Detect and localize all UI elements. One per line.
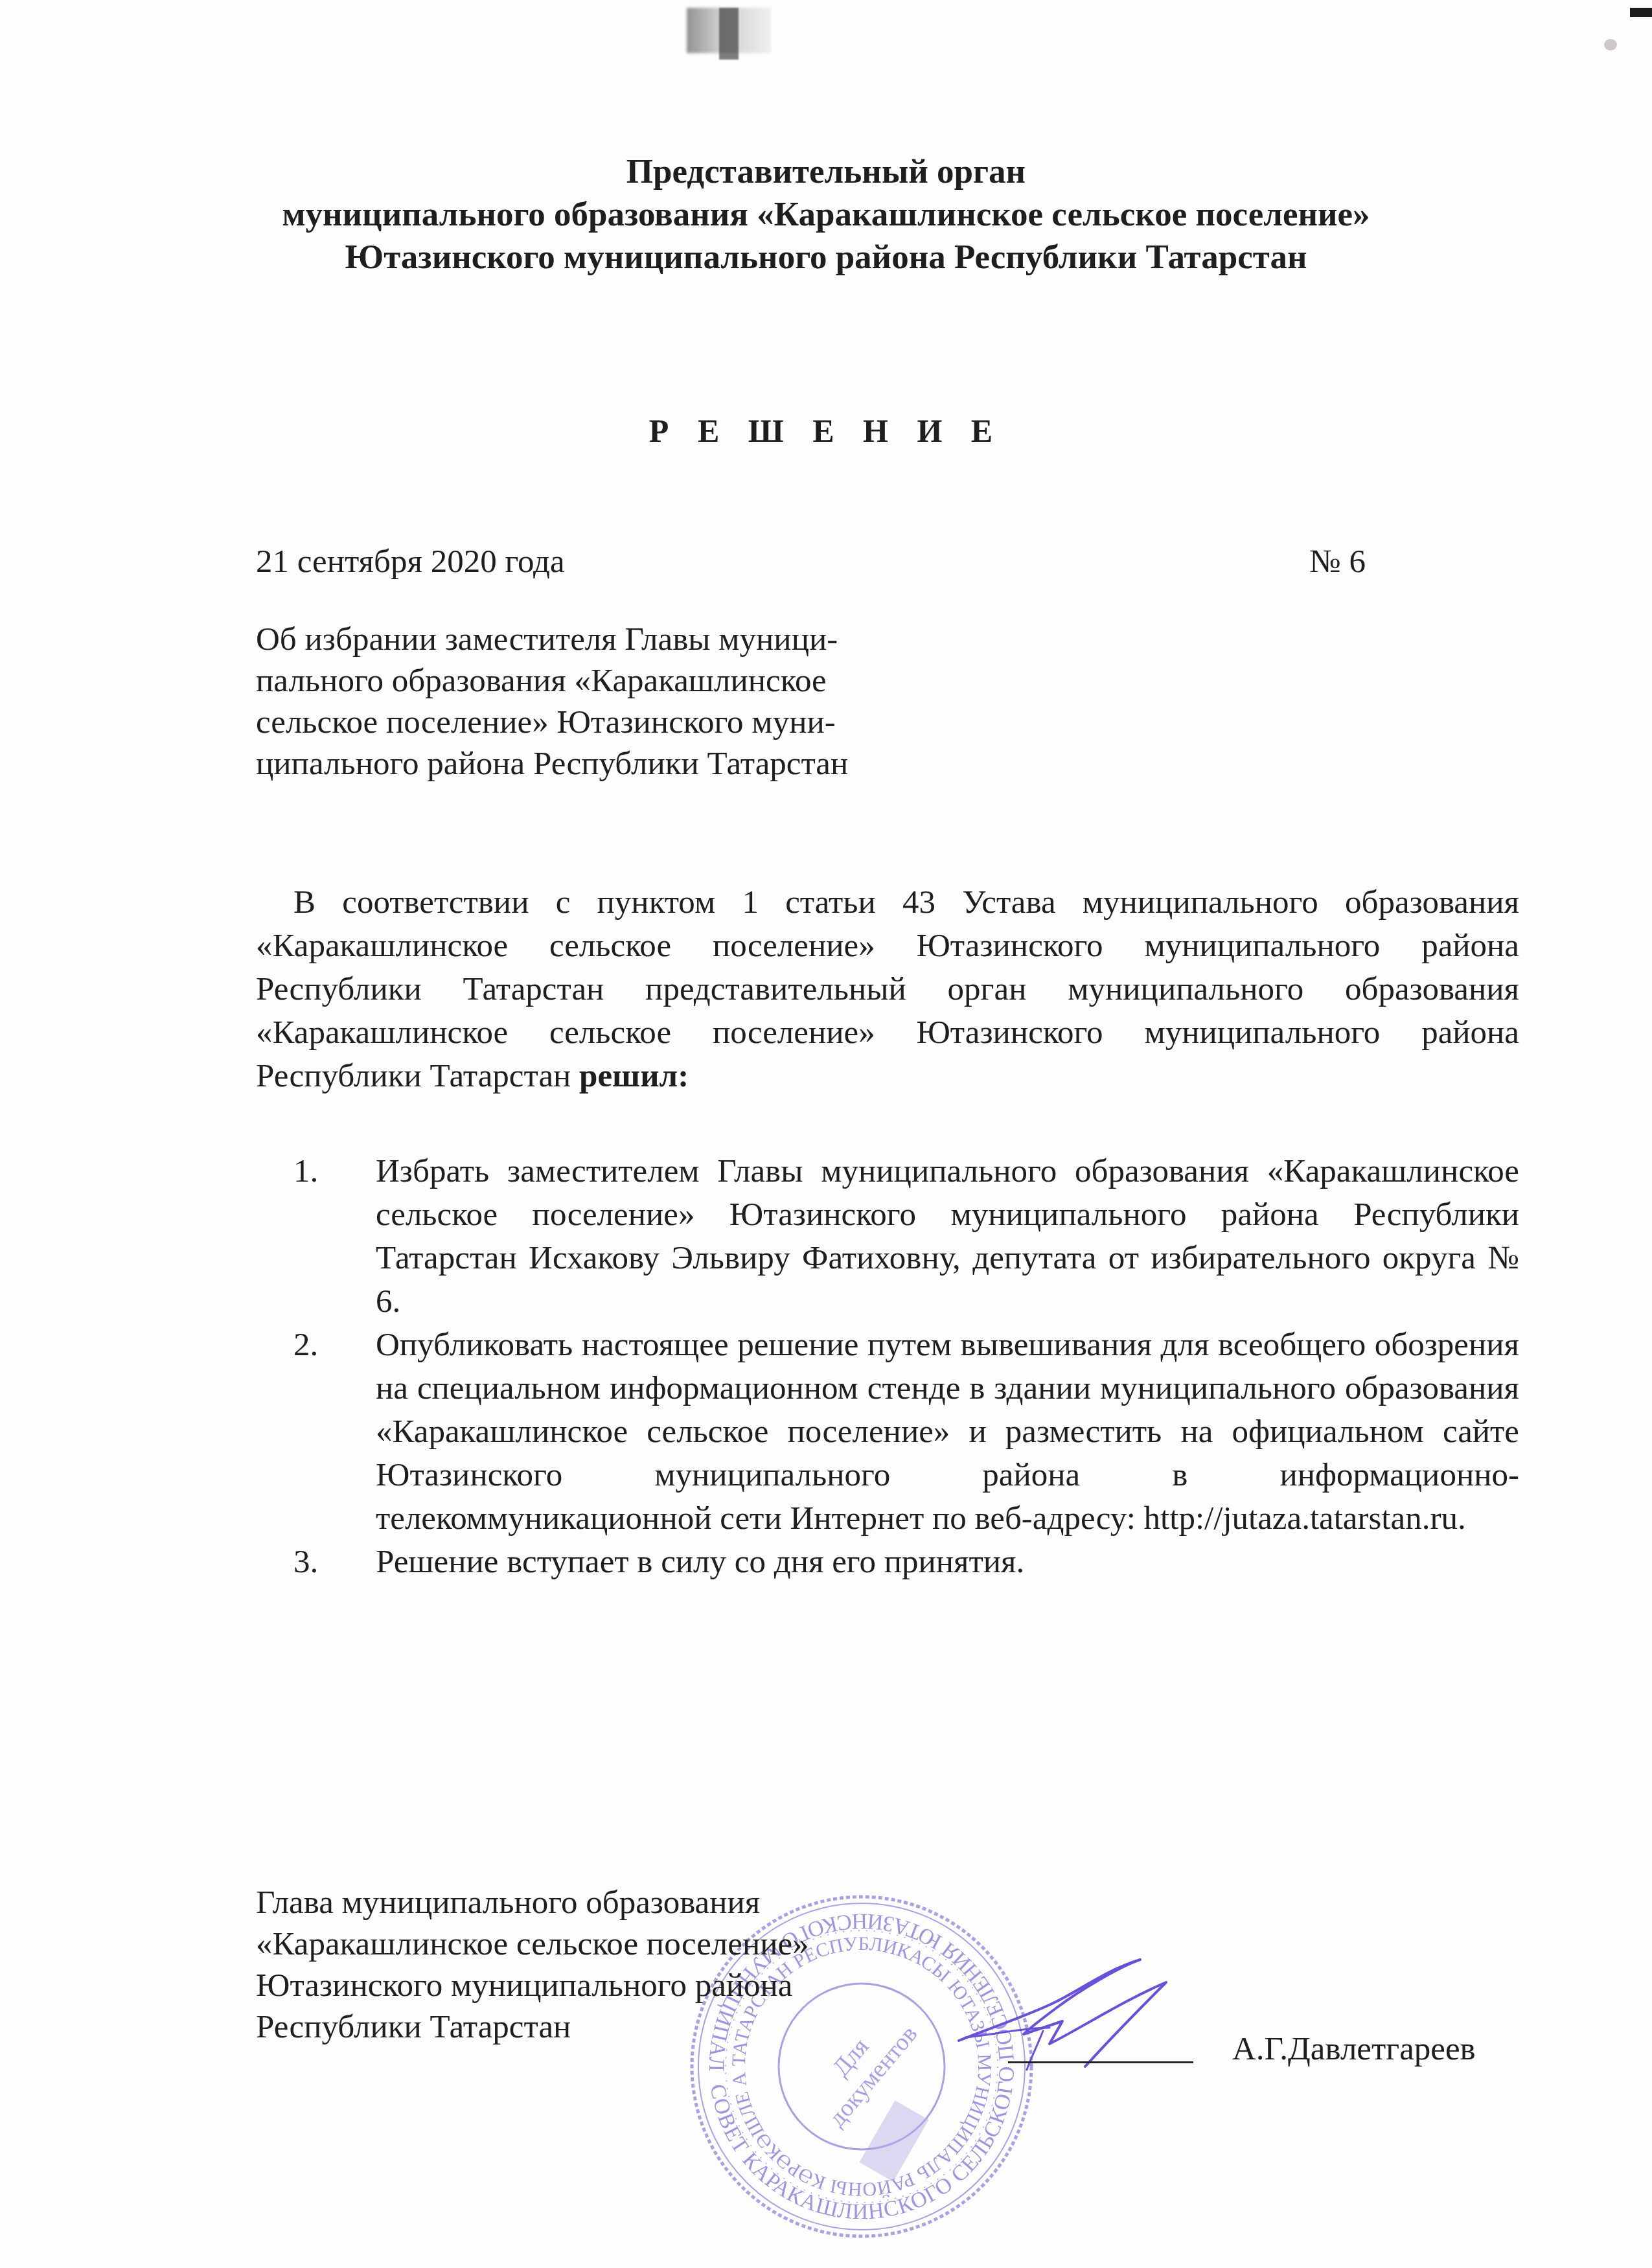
decision-items-list: 1. Избрать заместителем Главы муниципаль… (256, 1150, 1519, 1584)
subject-line: Об избрании заместителя Главы муници- (256, 619, 969, 660)
document-subject: Об избрании заместителя Главы муници- па… (256, 619, 969, 785)
scan-smudge (719, 8, 739, 60)
scan-dust-spot (1604, 39, 1617, 51)
scan-edge-mark (1630, 8, 1652, 17)
header-line: Ютазинского муниципального района Респуб… (0, 236, 1652, 279)
subject-line: пального образования «Каракашлинское (256, 660, 969, 702)
list-item-text: Избрать заместителем Главы муниципальног… (376, 1153, 1519, 1320)
signature-line (1008, 2061, 1193, 2063)
list-item: 1. Избрать заместителем Главы муниципаль… (256, 1150, 1519, 1323)
preamble-text: В соответствии с пунктом 1 статьи 43 Уст… (256, 884, 1519, 1094)
document-date: 21 сентября 2020 года (256, 543, 565, 580)
list-item: 2. Опубликовать настоящее решение путем … (256, 1323, 1519, 1541)
signer-position-line: «Каракашлинское сельское поселение» (256, 1923, 809, 1965)
header-line: муниципального образования «Каракашлинск… (0, 193, 1652, 236)
list-item-number: 1. (293, 1150, 318, 1193)
signer-name: А.Г.Давлетгареев (1232, 2030, 1476, 2068)
list-item: 3. Решение вступает в силу со дня его пр… (256, 1541, 1519, 1584)
preamble-paragraph: В соответствии с пунктом 1 статьи 43 Уст… (256, 881, 1519, 1098)
document-title: Р Е Ш Е Н И Е (0, 412, 1652, 450)
subject-line: ципального района Республики Татарстан (256, 743, 969, 785)
signer-position: Глава муниципального образования «Карака… (256, 1882, 809, 2048)
decision-keyword: решил: (579, 1058, 689, 1094)
signer-position-line: Республики Татарстан (256, 2006, 809, 2048)
list-item-text: Опубликовать настоящее решение путем выв… (376, 1327, 1519, 1537)
list-item-number: 3. (293, 1541, 318, 1584)
subject-line: сельское поселение» Ютазинского муни- (256, 702, 969, 743)
list-item-number: 2. (293, 1323, 318, 1367)
document-number: № 6 (1309, 543, 1366, 580)
signer-position-line: Глава муниципального образования (256, 1882, 809, 1923)
handwritten-signature (952, 1937, 1173, 2073)
list-item-text: Решение вступает в силу со дня его приня… (376, 1544, 1024, 1580)
header-line: Представительный орган (0, 150, 1652, 193)
signer-position-line: Ютазинского муниципального района (256, 1965, 809, 2006)
issuing-authority-header: Представительный орган муниципального об… (0, 150, 1652, 279)
